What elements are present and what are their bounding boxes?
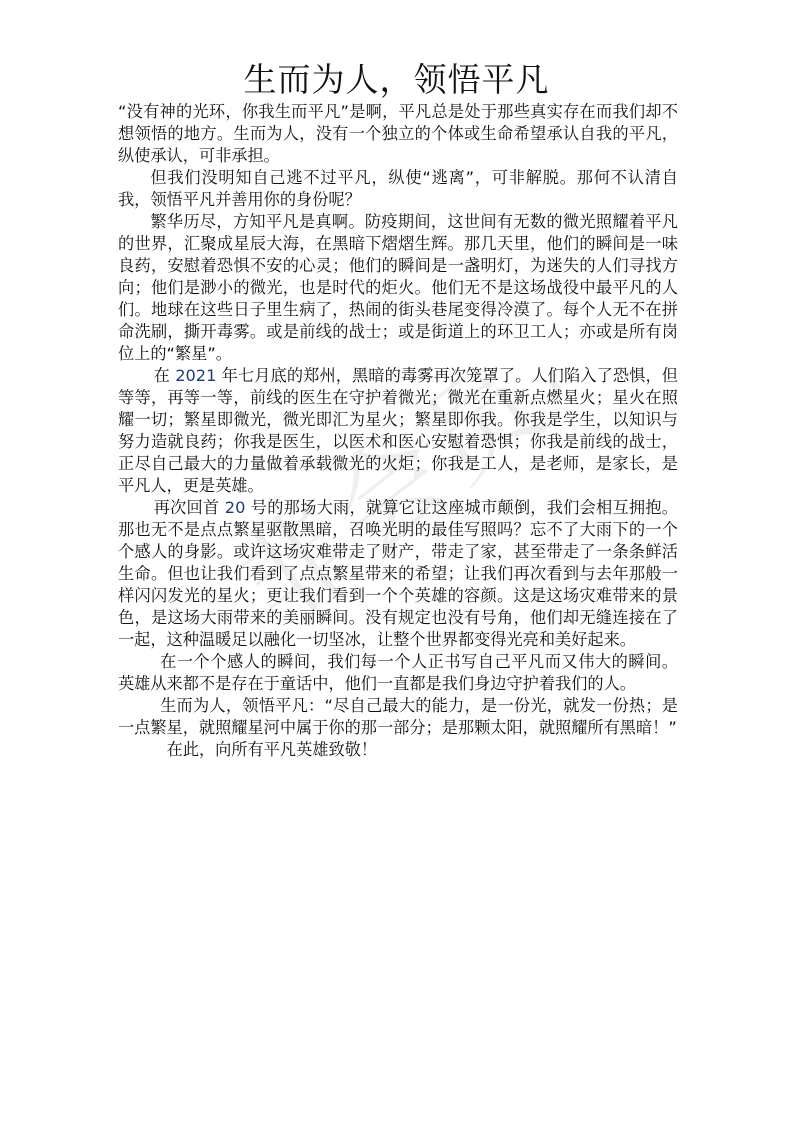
- paragraph-2: 但我们没明知自己逃不过平凡，纵使“逃离”，可非解脱。那何不认清自我，领悟平凡并善…: [118, 167, 678, 211]
- paragraph-6: 在一个个感人的瞬间，我们每一个人正书写自己平凡而又伟大的瞬间。英雄从来都不是存在…: [118, 651, 678, 695]
- document-page: 生而为人，领悟平凡 “没有神的光环，你我生而平凡”是啊，平凡总是处于那些真实存在…: [0, 0, 793, 1122]
- date-number: 20: [225, 498, 246, 517]
- paragraph-7: 生而为人，领悟平凡：“尽自己最大的能力，是一份光，就发一份热；是一点繁星，就照耀…: [118, 695, 678, 739]
- year-number: 2021: [175, 366, 216, 385]
- page-title: 生而为人，领悟平凡: [0, 57, 793, 103]
- paragraph-3: 繁华历尽，方知平凡是真啊。防疫期间，这世间有无数的微光照耀着平凡的世界，汇聚成星…: [118, 211, 678, 365]
- paragraph-1: “没有神的光环，你我生而平凡”是啊，平凡总是处于那些真实存在而我们却不想领悟的地…: [118, 101, 678, 167]
- paragraph-8: 在此，向所有平凡英雄致敬！: [118, 739, 678, 761]
- paragraph-4: 在 2021 年七月底的郑州，黑暗的毒雾再次笼罩了。人们陷入了恐惧，但等等，再等…: [118, 365, 678, 497]
- document-body: “没有神的光环，你我生而平凡”是啊，平凡总是处于那些真实存在而我们却不想领悟的地…: [118, 101, 678, 761]
- paragraph-5: 再次回首 20 号的那场大雨，就算它让这座城市颠倒，我们会相互拥抱。那也无不是点…: [118, 497, 678, 651]
